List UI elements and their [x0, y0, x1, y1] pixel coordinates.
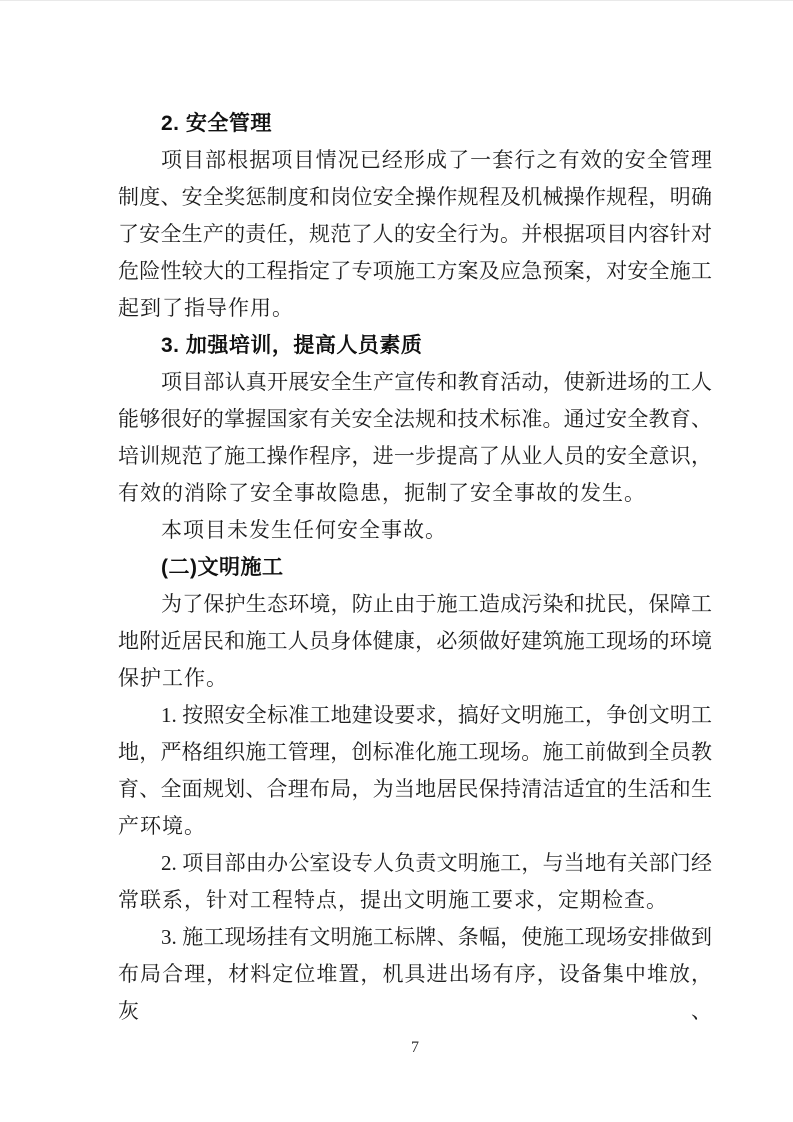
heading-training: 3. 加强培训，提高人员素质: [118, 327, 712, 364]
page-number: 7: [411, 1039, 419, 1056]
page-body-text: 2. 安全管理 项目部根据项目情况已经形成了一套行之有效的安全管理 制度、安全奖…: [118, 105, 712, 993]
paragraph-line: 能够很好的掌握国家有关安全法规和技术标准。通过安全教育、: [118, 401, 712, 438]
paragraph-line: 有效的消除了安全事故隐患，扼制了安全事故的发生。: [118, 475, 712, 512]
paragraph-line: 项目部根据项目情况已经形成了一套行之有效的安全管理: [118, 142, 712, 179]
document-page: 2. 安全管理 项目部根据项目情况已经形成了一套行之有效的安全管理 制度、安全奖…: [0, 0, 793, 1122]
heading-safety-management: 2. 安全管理: [118, 105, 712, 142]
paragraph-line: 了安全生产的责任，规范了人的安全行为。并根据项目内容针对: [118, 216, 712, 253]
paragraph-line: 保护工作。: [118, 660, 712, 697]
paragraph-line: 为了保护生态环境，防止由于施工造成污染和扰民，保障工: [118, 586, 712, 623]
paragraph-line: 地附近居民和施工人员身体健康，必须做好建筑施工现场的环境: [118, 623, 712, 660]
paragraph-line: 项目部认真开展安全生产宣传和教育活动，使新进场的工人: [118, 364, 712, 401]
paragraph-line: 1. 按照安全标准工地建设要求，搞好文明施工，争创文明工: [118, 697, 712, 734]
paragraph-line: 制度、安全奖惩制度和岗位安全操作规程及机械操作规程，明确: [118, 179, 712, 216]
paragraph-line: 2. 项目部由办公室设专人负责文明施工，与当地有关部门经: [118, 845, 712, 882]
paragraph-line: 产环境。: [118, 808, 712, 845]
paragraph-line: 起到了指导作用。: [118, 290, 712, 327]
page-top-edge: [0, 0, 793, 1]
paragraph-line: 布局合理，材料定位堆置，机具进出场有序，设备集中堆放，灰、: [118, 956, 712, 993]
paragraph-line: 地，严格组织施工管理，创标准化施工现场。施工前做到全员教: [118, 734, 712, 771]
page-footer: 7: [118, 1038, 712, 1058]
paragraph-line: 危险性较大的工程指定了专项施工方案及应急预案，对安全施工: [118, 253, 712, 290]
paragraph-line: 本项目未发生任何安全事故。: [118, 512, 712, 549]
heading-civilized-construction: (二)文明施工: [118, 549, 712, 586]
paragraph-line: 育、全面规划、合理布局，为当地居民保持清洁适宜的生活和生: [118, 771, 712, 808]
paragraph-line: 培训规范了施工操作程序，进一步提高了从业人员的安全意识，: [118, 438, 712, 475]
paragraph-line: 3. 施工现场挂有文明施工标牌、条幅，使施工现场安排做到: [118, 919, 712, 956]
paragraph-line: 常联系，针对工程特点，提出文明施工要求，定期检查。: [118, 882, 712, 919]
